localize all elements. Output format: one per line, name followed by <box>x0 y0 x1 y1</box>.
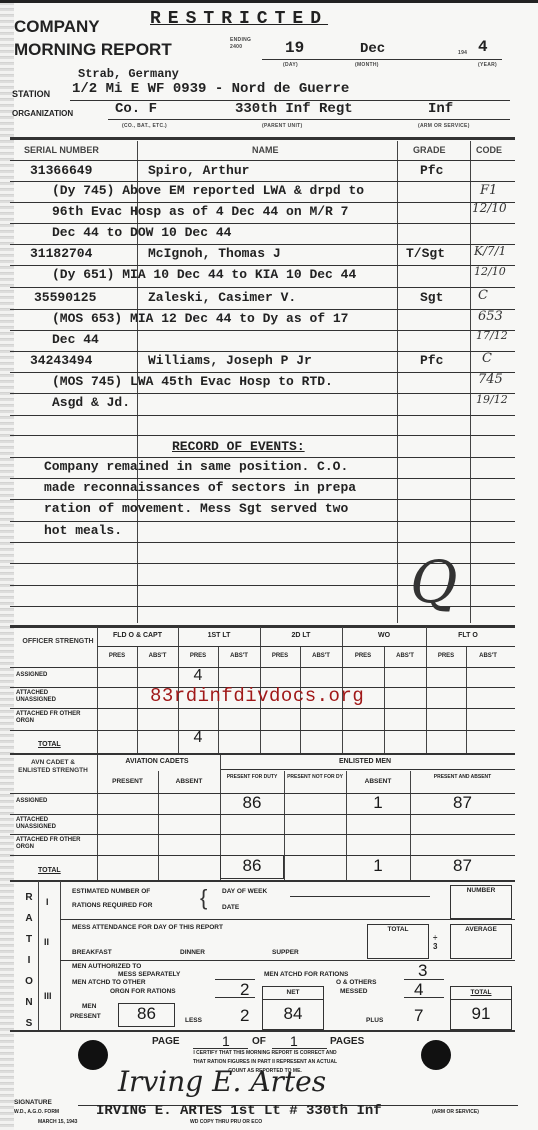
group-enlisted-men: ENLISTED MEN <box>220 758 510 765</box>
code-entry: C <box>478 288 488 303</box>
remark-line: (MOS 745) LWA 45th Evac Hosp to RTD. <box>52 374 333 389</box>
binder-hole-right <box>421 1040 451 1070</box>
row-attached-unassigned: ATTACHED UNASSIGNED <box>16 690 86 704</box>
parent-unit-value: 330th Inf Regt <box>235 101 353 117</box>
report-year: 4 <box>478 38 488 56</box>
event-line: Company remained in same position. C.O. <box>44 459 348 474</box>
remark-line: Dec 44 to DOW 10 Dec 44 <box>52 225 231 240</box>
men-atchd-for-rations-label: MEN ATCHD FOR RATIONS <box>264 971 348 978</box>
col-grade: GRADE <box>413 145 446 155</box>
event-line: hot meals. <box>44 523 122 538</box>
form-number-label: W.D., A.G.O. FORM <box>14 1109 59 1115</box>
row-attached-unassigned: ATTACHED UNASSIGNED <box>16 817 86 831</box>
code-entry: 745 <box>478 372 503 387</box>
serial-number: 34243494 <box>30 353 92 368</box>
absent-total: 1 <box>346 856 410 876</box>
ending-label: ENDING 2400 <box>230 37 258 51</box>
event-line: ration of movement. Mess Sgt served two <box>44 501 348 516</box>
remark-line: (Dy 745) Above EM reported LWA & drpd to <box>52 183 364 198</box>
report-month: Dec <box>360 41 385 57</box>
breakfast-label: BREAKFAST <box>72 949 112 956</box>
remark-line: Dec 44 <box>52 332 99 347</box>
less-value: 2 <box>240 1006 249 1026</box>
sub-abst: ABS'T <box>466 653 510 659</box>
net-value: 84 <box>262 1004 324 1024</box>
event-line: made reconnaissances of sectors in prepa <box>44 480 356 495</box>
officer-signature: Irving E. Artes <box>118 1065 326 1098</box>
number-box-label: NUMBER <box>450 887 512 894</box>
less-label: LESS <box>185 1017 202 1024</box>
sub-pres: PRES <box>342 653 384 659</box>
present-and-absent-total: 87 <box>410 856 515 876</box>
messed-label: MESSED <box>340 988 367 995</box>
present-for-duty-total: 86 <box>220 856 284 876</box>
1st-lt-present-total: 4 <box>178 729 218 747</box>
net-label: NET <box>262 989 324 996</box>
binder-hole-left <box>78 1040 108 1070</box>
col-present-for-duty: PRESENT FOR DUTY <box>220 774 284 781</box>
company-value: Co. F <box>115 101 157 117</box>
grade: Sgt <box>420 290 443 305</box>
sub-abst: ABS'T <box>300 653 342 659</box>
soldier-name: Williams, Joseph P Jr <box>148 353 312 368</box>
parent-caption: (PARENT UNIT) <box>262 123 302 129</box>
dinner-label: DINNER <box>180 949 205 956</box>
col-em-absent: ABSENT <box>346 778 410 785</box>
remark-line: (MOS 653) MIA 12 Dec 44 to Dy as of 17 <box>52 311 348 326</box>
supper-label: SUPPER <box>272 949 299 956</box>
1st-lt-present-assigned: 4 <box>178 667 218 685</box>
col-cadet-present: PRESENT <box>97 778 158 785</box>
plus-value: 7 <box>414 1006 423 1026</box>
record-of-events-title: RECORD OF EVENTS: <box>172 439 305 454</box>
remark-line: (Dy 651) MIA 10 Dec 44 to KIA 10 Dec 44 <box>52 267 356 282</box>
row-total: TOTAL <box>38 867 61 874</box>
arm-caption: (ARM OR SERVICE) <box>418 123 470 129</box>
o-and-others-label: O & OTHERS <box>336 979 376 986</box>
col-code: CODE <box>476 145 502 155</box>
code-entry: 12/10 <box>472 201 507 215</box>
present-for-duty-assigned: 86 <box>220 793 284 813</box>
col-name: NAME <box>252 145 279 155</box>
sub-abst: ABS'T <box>384 653 426 659</box>
group-flt-o: FLT O <box>426 632 510 639</box>
signature-label: SIGNATURE <box>14 1099 52 1106</box>
footer-arm-caption: (ARM OR SERVICE) <box>432 1109 479 1115</box>
men-present-value: 86 <box>118 1004 175 1024</box>
month-caption: (MONTH) <box>355 62 379 68</box>
row-assigned: ASSIGNED <box>16 798 47 804</box>
group-1st-lt: 1ST LT <box>178 632 260 639</box>
date-label: DATE <box>222 904 239 911</box>
grade: Pfc <box>420 163 443 178</box>
men-atchd-other-label: MEN ATCHD TO OTHER <box>72 979 146 986</box>
row-total: TOTAL <box>38 741 61 748</box>
morning-report-page: COMPANY RESTRICTED MORNING REPORT ENDING… <box>0 0 538 1130</box>
sub-abst: ABS'T <box>218 653 260 659</box>
remark-line: Asgd & Jd. <box>52 395 130 410</box>
grade: Pfc <box>420 353 443 368</box>
form-title-morning-report: MORNING REPORT <box>14 40 172 60</box>
sub-pres: PRES <box>178 653 218 659</box>
attendance-total-label: TOTAL <box>367 926 429 933</box>
commander-initials: Q <box>410 548 458 616</box>
day-of-week-label: DAY OF WEEK <box>222 888 267 895</box>
col-serial-number: SERIAL NUMBER <box>24 145 99 155</box>
form-title-company: COMPANY <box>14 17 100 37</box>
soldier-name: Spiro, Arthur <box>148 163 249 178</box>
form-date: MARCH 15, 1943 <box>38 1119 77 1125</box>
present-and-absent-assigned: 87 <box>410 793 515 813</box>
remark-line: 96th Evac Hosp as of 4 Dec 44 on M/R 7 <box>52 204 348 219</box>
grade: T/Sgt <box>406 246 445 261</box>
rations-total-value: 91 <box>450 1004 512 1024</box>
mess-attendance-label: MESS ATTENDANCE FOR DAY OF THIS REPORT <box>72 924 223 931</box>
certification-text: I CERTIFY THAT THIS MORNING REPORT IS CO… <box>130 1050 400 1056</box>
code-entry: 17/12 <box>476 329 508 342</box>
rations-total-label: TOTAL <box>450 989 512 996</box>
enlisted-strength-title: AVN CADET & ENLISTED STRENGTH <box>16 759 90 775</box>
organization-label: ORGANIZATION <box>12 109 73 118</box>
col-present-not-for-duty: PRESENT NOT FOR DY <box>284 774 346 781</box>
sub-pres: PRES <box>97 653 137 659</box>
col-cadet-absent: ABSENT <box>158 778 220 785</box>
soldier-name: Zaleski, Casimer V. <box>148 290 296 305</box>
serial-number: 31366649 <box>30 163 92 178</box>
code-entry: C <box>482 351 492 366</box>
estimated-rations-label: ESTIMATED NUMBER OF <box>72 888 150 895</box>
code-entry: F1 <box>480 183 497 198</box>
classification-stamp: RESTRICTED <box>150 9 328 29</box>
average-label: AVERAGE <box>450 926 512 933</box>
page-total: 1 <box>290 1033 298 1049</box>
officer-strength-title: OFFICER STRENGTH <box>22 637 94 646</box>
group-aviation-cadets: AVIATION CADETS <box>97 758 217 765</box>
rations-side-label: RATIONS <box>24 887 34 1034</box>
year-prefix: 194 <box>458 50 467 56</box>
group-fld-o-capt: FLD O & CAPT <box>97 632 178 639</box>
page-label: PAGE <box>152 1036 180 1047</box>
typed-officer-name: IRVING E. ARTES 1st Lt # 330th Inf <box>96 1103 382 1119</box>
row-attached-other-orgn: ATTACHED FR OTHER ORGN <box>16 837 86 851</box>
plus-label: PLUS <box>366 1017 383 1024</box>
serial-number: 31182704 <box>30 246 92 261</box>
of-label: OF <box>252 1036 266 1047</box>
group-2d-lt: 2D LT <box>260 632 342 639</box>
divide-by-three: ÷ 3 <box>433 933 441 951</box>
year-caption: (YEAR) <box>478 62 497 68</box>
sub-pres: PRES <box>260 653 300 659</box>
men-present-label-1: MEN <box>82 1003 96 1010</box>
group-wo: WO <box>342 632 426 639</box>
section-i-numeral: I <box>46 897 49 907</box>
code-entry: K/7/1 <box>474 244 506 258</box>
men-present-label-2: PRESENT <box>70 1013 101 1020</box>
company-caption: (CO., BAT., ETC.) <box>122 123 167 129</box>
mess-separately-label: MESS SEPARATELY <box>118 971 180 978</box>
soldier-name: McIgnoh, Thomas J <box>148 246 281 261</box>
men-authorized-label: MEN AUTHORIZED TO <box>72 963 141 970</box>
sub-pres: PRES <box>426 653 466 659</box>
absent-assigned: 1 <box>346 793 410 813</box>
row-assigned: ASSIGNED <box>16 672 47 678</box>
code-entry: 12/10 <box>474 265 506 278</box>
code-entry: 653 <box>478 309 503 324</box>
section-ii-numeral: II <box>44 937 49 947</box>
pages-label: PAGES <box>330 1036 364 1047</box>
arm-of-service-value: Inf <box>428 101 453 117</box>
station-location: Strab, Germany <box>78 67 179 81</box>
men-atchd-for-rations-value: 3 <box>418 961 427 981</box>
code-entry: 19/12 <box>476 393 508 406</box>
copy-routing-note: WD COPY THRU PRU OR ECO <box>190 1119 262 1125</box>
col-present-and-absent: PRESENT AND ABSENT <box>410 774 515 781</box>
rations-required-label: RATIONS REQUIRED FOR <box>72 902 152 909</box>
station-label: STATION <box>12 89 50 99</box>
watermark: 83rdinfdivdocs.org <box>150 685 364 707</box>
orgn-for-rations-label: ORGN FOR RATIONS <box>110 988 176 995</box>
report-day: 19 <box>285 39 304 57</box>
page-number: 1 <box>222 1033 230 1049</box>
day-caption: (DAY) <box>283 62 298 68</box>
station-coordinates: 1/2 Mi E WF 0939 - Nord de Guerre <box>72 81 349 97</box>
section-iii-numeral: III <box>44 991 52 1001</box>
serial-number: 35590125 <box>34 290 96 305</box>
row-attached-other-orgn: ATTACHED FR OTHER ORGN <box>16 711 86 725</box>
sub-abst: ABS'T <box>137 653 178 659</box>
